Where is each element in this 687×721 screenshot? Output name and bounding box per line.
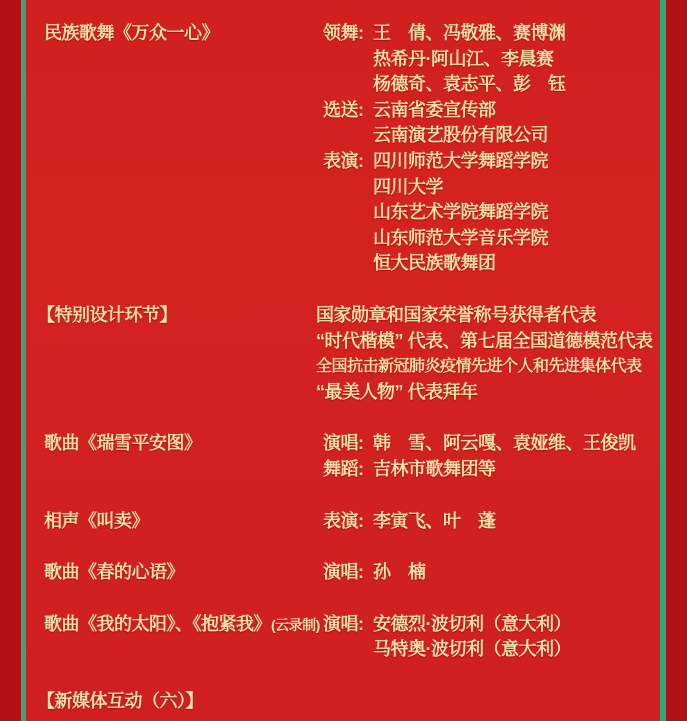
credit-text: 恒大民族歌舞团	[373, 253, 496, 273]
program-title-text: 【特别设计环节】	[37, 305, 177, 325]
program-section: 【特别设计环节】国家勋章和国家荣誉称号获得者代表“时代楷模” 代表、第七届全国道…	[44, 303, 660, 405]
program-title: 民族歌舞《万众一心》	[44, 21, 323, 47]
credit-text: “最美人物” 代表拜年	[316, 382, 478, 402]
left-dark-band	[0, 0, 21, 721]
credit-text: 杨德奇、袁志平、彭 钰	[373, 74, 566, 94]
program-section: 歌曲《我的太阳》、《抱紧我》(云录制)演唱:安德烈·波切利（意大利）马特奥·波切…	[44, 612, 660, 663]
credit-text: 安德烈·波切利（意大利）	[373, 614, 571, 634]
program-section: 歌曲《春的心语》演唱:孙 楠	[44, 560, 660, 586]
program-title-text: 歌曲《我的太阳》、《抱紧我》	[44, 614, 271, 634]
program-title-text: 民族歌舞《万众一心》	[44, 23, 219, 43]
credit-text: 山东师范大学音乐学院	[373, 228, 548, 248]
credit-line: 演唱:安德烈·波切利（意大利）	[323, 612, 660, 638]
credit-label: 领舞:	[323, 21, 373, 47]
credit-text: 云南演艺股份有限公司	[373, 125, 548, 145]
credit-line: 表演:李寅飞、叶 蓬	[323, 509, 660, 535]
credit-text: 孙 楠	[373, 562, 426, 582]
program-section: 民族歌舞《万众一心》领舞:王 倩、冯敬雅、赛博渊热希丹·阿山江、李晨赛杨德奇、袁…	[44, 21, 660, 277]
credit-label: 演唱:	[323, 431, 373, 457]
program-title-text: 相声《叫卖》	[44, 511, 149, 531]
program-title: 【新媒体互动（六）】	[37, 689, 316, 715]
credit-line: “最美人物” 代表拜年	[316, 380, 660, 406]
credit-line: 山东师范大学音乐学院	[323, 226, 660, 252]
program-title: 【特别设计环节】	[37, 303, 316, 329]
right-dark-band	[666, 0, 687, 721]
program-title-text: 歌曲《瑞雪平安图》	[44, 433, 202, 453]
credit-text: 热希丹·阿山江、李晨赛	[373, 49, 554, 69]
credit-label: 舞蹈:	[323, 457, 373, 483]
program-section: 相声《叫卖》表演:李寅飞、叶 蓬	[44, 509, 660, 535]
program-title-text: 歌曲《春的心语》	[44, 562, 184, 582]
program-page: 民族歌舞《万众一心》领舞:王 倩、冯敬雅、赛博渊热希丹·阿山江、李晨赛杨德奇、袁…	[0, 0, 687, 721]
program-title: 歌曲《瑞雪平安图》	[44, 431, 323, 457]
credit-line: 四川大学	[323, 175, 660, 201]
program-section: 【新媒体互动（六）】	[44, 689, 660, 715]
credit-line: 杨德奇、袁志平、彭 钰	[323, 72, 660, 98]
credit-line: 选送:云南省委宣传部	[323, 98, 660, 124]
credit-text: 吉林市歌舞团等	[373, 459, 496, 479]
program-list: 民族歌舞《万众一心》领舞:王 倩、冯敬雅、赛博渊热希丹·阿山江、李晨赛杨德奇、袁…	[26, 0, 660, 721]
credit-label: 表演:	[323, 149, 373, 175]
credit-text: 国家勋章和国家荣誉称号获得者代表	[316, 305, 596, 325]
credit-lines: 领舞:王 倩、冯敬雅、赛博渊热希丹·阿山江、李晨赛杨德奇、袁志平、彭 钰选送:云…	[323, 21, 660, 277]
credit-line: 演唱:韩 雪、阿云嘎、袁娅维、王俊凯	[323, 431, 660, 457]
credit-text: 王 倩、冯敬雅、赛博渊	[373, 23, 566, 43]
credit-text: 韩 雪、阿云嘎、袁娅维、王俊凯	[373, 433, 636, 453]
program-title: 歌曲《春的心语》	[44, 560, 323, 586]
program-section: 歌曲《瑞雪平安图》演唱:韩 雪、阿云嘎、袁娅维、王俊凯舞蹈:吉林市歌舞团等	[44, 431, 660, 482]
credit-line: 领舞:王 倩、冯敬雅、赛博渊	[323, 21, 660, 47]
credit-line: 国家勋章和国家荣誉称号获得者代表	[316, 303, 660, 329]
credit-line: 热希丹·阿山江、李晨赛	[323, 47, 660, 73]
credit-label: 演唱:	[323, 560, 373, 586]
credit-label: 表演:	[323, 509, 373, 535]
credit-lines: 国家勋章和国家荣誉称号获得者代表“时代楷模” 代表、第七届全国道德模范代表全国抗…	[316, 303, 660, 405]
credit-line: 表演:四川师范大学舞蹈学院	[323, 149, 660, 175]
credit-lines: 演唱:安德烈·波切利（意大利）马特奥·波切利（意大利）	[323, 612, 660, 663]
credit-text: “时代楷模” 代表、第七届全国道德模范代表	[316, 331, 653, 351]
credit-label: 选送:	[323, 98, 373, 124]
program-title-note: (云录制)	[271, 617, 320, 633]
credit-label: 演唱:	[323, 612, 373, 638]
program-title-text: 【新媒体互动（六）】	[37, 691, 203, 711]
credit-lines: 演唱:孙 楠	[323, 560, 660, 586]
credit-line: 马特奥·波切利（意大利）	[323, 637, 660, 663]
credit-text: 全国抗击新冠肺炎疫情先进个人和先进集体代表	[316, 358, 642, 375]
program-title: 歌曲《我的太阳》、《抱紧我》(云录制)	[44, 612, 323, 639]
credit-line: 恒大民族歌舞团	[323, 251, 660, 277]
credit-line: 全国抗击新冠肺炎疫情先进个人和先进集体代表	[316, 354, 660, 380]
credit-text: 马特奥·波切利（意大利）	[373, 639, 571, 659]
credit-lines: 表演:李寅飞、叶 蓬	[323, 509, 660, 535]
credit-line: 云南演艺股份有限公司	[323, 123, 660, 149]
credit-text: 四川大学	[373, 177, 443, 197]
credit-text: 云南省委宣传部	[373, 100, 496, 120]
credit-text: 李寅飞、叶 蓬	[373, 511, 496, 531]
credit-line: “时代楷模” 代表、第七届全国道德模范代表	[316, 329, 660, 355]
credit-line: 演唱:孙 楠	[323, 560, 660, 586]
credit-lines: 演唱:韩 雪、阿云嘎、袁娅维、王俊凯舞蹈:吉林市歌舞团等	[323, 431, 660, 482]
credit-line: 山东艺术学院舞蹈学院	[323, 200, 660, 226]
credit-text: 四川师范大学舞蹈学院	[373, 151, 548, 171]
credit-line: 舞蹈:吉林市歌舞团等	[323, 457, 660, 483]
program-title: 相声《叫卖》	[44, 509, 323, 535]
credit-text: 山东艺术学院舞蹈学院	[373, 202, 548, 222]
